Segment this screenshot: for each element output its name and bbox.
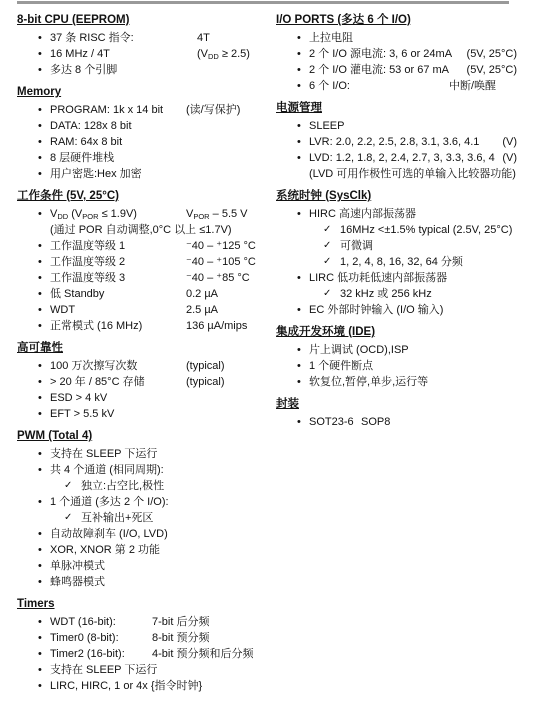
item-label: 独立:占空比,极性: [81, 480, 164, 492]
list-item: •PROGRAM: 1k x 14 bit(读/写保护): [17, 102, 269, 118]
item-label: 37 条 RISC 指令:: [50, 32, 134, 44]
bullet-icon: •: [297, 30, 301, 46]
bullet-icon: •: [38, 62, 42, 78]
item-label: Timer0 (8-bit):: [50, 632, 119, 644]
section-reliability: 高可靠性•100 万次擦写次数(typical)•> 20 年 / 85°C 存…: [17, 341, 269, 422]
item-value: (5V, 25°C): [467, 46, 517, 62]
bullet-icon: •: [38, 446, 42, 462]
list-item: •1 个通道 (多达 2 个 I/O):: [17, 494, 269, 510]
item-label: XOR, XNOR 第 2 功能: [50, 544, 160, 556]
list-item: •支持在 SLEEP 下运行: [17, 662, 269, 678]
list-item: ✓可微调: [276, 238, 521, 254]
right-column: I/O PORTS (多达 6 个 I/O)•上拉电阻•2 个 I/O 源电流:…: [276, 6, 521, 694]
bullet-icon: •: [297, 414, 301, 430]
left-column: 8-bit CPU (EEPROM)•37 条 RISC 指令:4T•16 MH…: [17, 6, 269, 694]
bullet-icon: •: [38, 526, 42, 542]
bullet-icon: •: [297, 118, 301, 134]
list-item: •8 层硬件堆栈: [17, 150, 269, 166]
bullet-icon: •: [297, 150, 301, 166]
item-value: 8-bit 预分频: [152, 630, 209, 646]
item-label: 正常模式 (16 MHz): [50, 320, 142, 332]
item-label: 2 个 I/O 源电流: 3, 6 or 24mA: [309, 48, 452, 60]
item-label: 1 个硬件断点: [309, 360, 373, 372]
list-item: •EC 外部时钟输入 (I/O 输入): [276, 302, 521, 318]
item-label: 6 个 I/O:: [309, 80, 350, 92]
list-item: •RAM: 64x 8 bit: [17, 134, 269, 150]
bullet-icon: •: [38, 30, 42, 46]
bullet-icon: •: [297, 270, 301, 286]
item-label: (通过 POR 自动调整,0°C 以上 ≤1.7V): [50, 224, 232, 236]
list-item: •2 个 I/O 源电流: 3, 6 or 24mA(5V, 25°C): [276, 46, 521, 62]
item-label: 片上调试 (OCD),ISP: [309, 344, 409, 356]
list-item: •VDD (VPOR ≤ 1.9V)VPOR – 5.5 V: [17, 206, 269, 222]
item-label: LVD: 1.2, 1.8, 2, 2.4, 2.7, 3, 3.3, 3.6,…: [309, 152, 495, 164]
list-item: •2 个 I/O 灌电流: 53 or 67 mA(5V, 25°C): [276, 62, 521, 78]
item-label: 低 Standby: [50, 288, 104, 300]
bullet-icon: •: [297, 62, 301, 78]
bullet-icon: •: [38, 614, 42, 630]
item-label: LIRC 低功耗低速内部振荡器: [309, 272, 447, 284]
list-item: •LIRC 低功耗低速内部振荡器: [276, 270, 521, 286]
list-item: •工作温度等级 1⁻40 – ⁺125 °C: [17, 238, 269, 254]
bullet-icon: •: [297, 302, 301, 318]
item-value: (typical): [186, 358, 225, 374]
bullet-icon: •: [38, 494, 42, 510]
item-value: ⁻40 – ⁺105 °C: [186, 254, 256, 270]
item-value: 4-bit 预分频和后分频: [152, 646, 253, 662]
section-heading-reliability: 高可靠性: [17, 341, 269, 355]
list-item: •DATA: 128x 8 bit: [17, 118, 269, 134]
bullet-icon: •: [38, 166, 42, 182]
list-item: •共 4 个通道 (相同周期):: [17, 462, 269, 478]
item-label: 16MHz <±1.5% typical (2.5V, 25°C): [340, 224, 512, 236]
section-operating: 工作条件 (5V, 25°C)•VDD (VPOR ≤ 1.9V)VPOR – …: [17, 189, 269, 334]
list-item: •LVD: 1.2, 1.8, 2, 2.4, 2.7, 3, 3.3, 3.6…: [276, 150, 521, 166]
bullet-icon: •: [38, 574, 42, 590]
list-item: •正常模式 (16 MHz)136 µA/mips: [17, 318, 269, 334]
item-value: (读/写保护): [186, 102, 240, 118]
list-item: •多达 8 个引脚: [17, 62, 269, 78]
item-value: 2.5 µA: [186, 302, 218, 318]
list-item: •单脉冲模式: [17, 558, 269, 574]
list-item: •片上调试 (OCD),ISP: [276, 342, 521, 358]
item-label: 多达 8 个引脚: [50, 64, 117, 76]
bullet-icon: •: [38, 406, 42, 422]
item-label: 蜂鸣器模式: [50, 576, 105, 588]
list-item: •16 MHz / 4T(VDD ≥ 2.5): [17, 46, 269, 62]
section-ide: 集成开发环境 (IDE)•片上调试 (OCD),ISP•1 个硬件断点•软复位,…: [276, 325, 521, 390]
item-label: (LVD 可用作极性可选的单输入比较器功能): [309, 168, 516, 180]
item-label: 单脉冲模式: [50, 560, 105, 572]
list-item: ✓独立:占空比,极性: [17, 478, 269, 494]
list-item: •蜂鸣器模式: [17, 574, 269, 590]
item-value: (5V, 25°C): [467, 62, 517, 78]
item-label: ESD > 4 kV: [50, 392, 107, 404]
item-label: 互补输出+死区: [81, 512, 153, 524]
list-item: ✓1, 2, 4, 8, 16, 32, 64 分频: [276, 254, 521, 270]
item-label: 上拉电阻: [309, 32, 353, 44]
bullet-icon: •: [297, 46, 301, 62]
section-cpu: 8-bit CPU (EEPROM)•37 条 RISC 指令:4T•16 MH…: [17, 13, 269, 78]
list-item: •Timer0 (8-bit):8-bit 预分频: [17, 630, 269, 646]
section-heading-timers: Timers: [17, 597, 269, 611]
list-item: •低 Standby0.2 µA: [17, 286, 269, 302]
section-heading-ioports: I/O PORTS (多达 6 个 I/O): [276, 13, 521, 27]
bullet-icon: •: [38, 462, 42, 478]
item-label: 支持在 SLEEP 下运行: [50, 664, 157, 676]
bullet-icon: •: [38, 302, 42, 318]
feature-columns: 8-bit CPU (EEPROM)•37 条 RISC 指令:4T•16 MH…: [17, 6, 521, 694]
list-item: •软复位,暂停,单步,运行等: [276, 374, 521, 390]
item-value-2: SOP8: [361, 414, 390, 430]
bullet-icon: •: [38, 558, 42, 574]
section-heading-memory: Memory: [17, 85, 269, 99]
bullet-icon: •: [38, 46, 42, 62]
item-label: HIRC 高速内部振荡器: [309, 208, 416, 220]
list-item: •HIRC 高速内部振荡器: [276, 206, 521, 222]
section-heading-ide: 集成开发环境 (IDE): [276, 325, 521, 339]
bullet-icon: •: [38, 646, 42, 662]
section-package: 封装•SOT23-6SOP8: [276, 397, 521, 430]
bullet-icon: •: [297, 78, 301, 94]
bullet-icon: •: [297, 358, 301, 374]
item-label: 用户密匙:Hex 加密: [50, 168, 142, 180]
list-item: •LVR: 2.0, 2.2, 2.5, 2.8, 3.1, 3.6, 4.1(…: [276, 134, 521, 150]
list-item: •SOT23-6SOP8: [276, 414, 521, 430]
list-item: •自动故障刹车 (I/O, LVD): [17, 526, 269, 542]
item-label: 1, 2, 4, 8, 16, 32, 64 分频: [340, 256, 463, 268]
item-label: LIRC, HIRC, 1 or 4x {指令时钟}: [50, 680, 202, 692]
bullet-icon: •: [38, 630, 42, 646]
bullet-icon: •: [38, 374, 42, 390]
item-label: 软复位,暂停,单步,运行等: [309, 376, 428, 388]
item-label: SLEEP: [309, 120, 344, 132]
bullet-icon: •: [38, 206, 42, 222]
list-item: ✓16MHz <±1.5% typical (2.5V, 25°C): [276, 222, 521, 238]
list-item: •工作温度等级 3⁻40 – ⁺85 °C: [17, 270, 269, 286]
item-value: 0.2 µA: [186, 286, 218, 302]
item-label: SOT23-6: [309, 416, 354, 428]
item-label: 8 层硬件堆栈: [50, 152, 114, 164]
item-value: (V): [502, 150, 517, 166]
item-label: LVR: 2.0, 2.2, 2.5, 2.8, 3.1, 3.6, 4.1: [309, 136, 479, 148]
list-item: •LIRC, HIRC, 1 or 4x {指令时钟}: [17, 678, 269, 694]
item-label: PROGRAM: 1k x 14 bit: [50, 104, 163, 116]
item-label: 工作温度等级 2: [50, 256, 125, 268]
item-label: VDD (VPOR ≤ 1.9V): [50, 208, 137, 220]
bullet-icon: •: [297, 206, 301, 222]
item-label: 支持在 SLEEP 下运行: [50, 448, 157, 460]
item-label: 共 4 个通道 (相同周期):: [50, 464, 164, 476]
section-pwm: PWM (Total 4)•支持在 SLEEP 下运行•共 4 个通道 (相同周…: [17, 429, 269, 590]
section-memory: Memory•PROGRAM: 1k x 14 bit(读/写保护)•DATA:…: [17, 85, 269, 182]
item-label: EC 外部时钟输入 (I/O 输入): [309, 304, 443, 316]
item-value: 136 µA/mips: [186, 318, 247, 334]
item-value-2: 中断/唤醒: [449, 78, 496, 94]
item-label: 32 kHz 或 256 kHz: [340, 288, 432, 300]
section-heading-operating: 工作条件 (5V, 25°C): [17, 189, 269, 203]
item-value: ⁻40 – ⁺85 °C: [186, 270, 250, 286]
list-item: (LVD 可用作极性可选的单输入比较器功能): [276, 166, 521, 182]
list-item: •WDT2.5 µA: [17, 302, 269, 318]
bullet-icon: •: [38, 662, 42, 678]
list-item: •EFT > 5.5 kV: [17, 406, 269, 422]
item-label: WDT (16-bit):: [50, 616, 116, 628]
item-label: RAM: 64x 8 bit: [50, 136, 122, 148]
list-item: •> 20 年 / 85°C 存储(typical): [17, 374, 269, 390]
top-rule: [17, 1, 509, 4]
section-heading-power: 电源管理: [276, 101, 521, 115]
section-power: 电源管理•SLEEP•LVR: 2.0, 2.2, 2.5, 2.8, 3.1,…: [276, 101, 521, 182]
item-value: VPOR – 5.5 V: [186, 206, 248, 222]
section-sysclk: 系统时钟 (SysClk)•HIRC 高速内部振荡器✓16MHz <±1.5% …: [276, 189, 521, 318]
bullet-icon: •: [38, 118, 42, 134]
item-value: (V): [502, 134, 517, 150]
check-icon: ✓: [323, 286, 331, 302]
list-item: •支持在 SLEEP 下运行: [17, 446, 269, 462]
bullet-icon: •: [297, 374, 301, 390]
section-ioports: I/O PORTS (多达 6 个 I/O)•上拉电阻•2 个 I/O 源电流:…: [276, 13, 521, 94]
check-icon: ✓: [64, 478, 72, 494]
list-item: •100 万次擦写次数(typical): [17, 358, 269, 374]
list-item: •XOR, XNOR 第 2 功能: [17, 542, 269, 558]
bullet-icon: •: [38, 150, 42, 166]
datasheet-page: 8-bit CPU (EEPROM)•37 条 RISC 指令:4T•16 MH…: [0, 0, 538, 713]
check-icon: ✓: [323, 222, 331, 238]
list-item: •37 条 RISC 指令:4T: [17, 30, 269, 46]
list-item: (通过 POR 自动调整,0°C 以上 ≤1.7V): [17, 222, 269, 238]
list-item: •ESD > 4 kV: [17, 390, 269, 406]
item-label: WDT: [50, 304, 75, 316]
section-heading-cpu: 8-bit CPU (EEPROM): [17, 13, 269, 27]
item-label: 工作温度等级 3: [50, 272, 125, 284]
list-item: ✓互补输出+死区: [17, 510, 269, 526]
item-label: 16 MHz / 4T: [50, 48, 110, 60]
item-value: 4T: [197, 30, 210, 46]
item-label: 2 个 I/O 灌电流: 53 or 67 mA: [309, 64, 449, 76]
list-item: ✓32 kHz 或 256 kHz: [276, 286, 521, 302]
section-heading-pwm: PWM (Total 4): [17, 429, 269, 443]
item-label: > 20 年 / 85°C 存储: [50, 376, 145, 388]
bullet-icon: •: [38, 238, 42, 254]
list-item: •6 个 I/O:中断/唤醒: [276, 78, 521, 94]
item-value: (VDD ≥ 2.5): [197, 46, 250, 62]
list-item: •上拉电阻: [276, 30, 521, 46]
item-label: 自动故障刹车 (I/O, LVD): [50, 528, 168, 540]
bullet-icon: •: [38, 358, 42, 374]
bullet-icon: •: [38, 270, 42, 286]
check-icon: ✓: [323, 254, 331, 270]
bullet-icon: •: [38, 390, 42, 406]
bullet-icon: •: [38, 678, 42, 694]
list-item: •用户密匙:Hex 加密: [17, 166, 269, 182]
list-item: •WDT (16-bit):7-bit 后分频: [17, 614, 269, 630]
bullet-icon: •: [38, 542, 42, 558]
bullet-icon: •: [297, 342, 301, 358]
bullet-icon: •: [38, 254, 42, 270]
item-label: Timer2 (16-bit):: [50, 648, 125, 660]
section-heading-sysclk: 系统时钟 (SysClk): [276, 189, 521, 203]
item-value: 7-bit 后分频: [152, 614, 209, 630]
item-label: 100 万次擦写次数: [50, 360, 137, 372]
bullet-icon: •: [38, 134, 42, 150]
item-label: 可微调: [340, 240, 373, 252]
item-value: (typical): [186, 374, 225, 390]
check-icon: ✓: [64, 510, 72, 526]
bullet-icon: •: [38, 286, 42, 302]
list-item: •Timer2 (16-bit):4-bit 预分频和后分频: [17, 646, 269, 662]
item-value: ⁻40 – ⁺125 °C: [186, 238, 256, 254]
list-item: •1 个硬件断点: [276, 358, 521, 374]
item-label: 1 个通道 (多达 2 个 I/O):: [50, 496, 169, 508]
bullet-icon: •: [38, 318, 42, 334]
item-label: EFT > 5.5 kV: [50, 408, 114, 420]
section-timers: Timers•WDT (16-bit):7-bit 后分频•Timer0 (8-…: [17, 597, 269, 694]
check-icon: ✓: [323, 238, 331, 254]
list-item: •工作温度等级 2⁻40 – ⁺105 °C: [17, 254, 269, 270]
item-label: DATA: 128x 8 bit: [50, 120, 132, 132]
item-label: 工作温度等级 1: [50, 240, 125, 252]
list-item: •SLEEP: [276, 118, 521, 134]
section-heading-package: 封装: [276, 397, 521, 411]
bullet-icon: •: [38, 102, 42, 118]
bullet-icon: •: [297, 134, 301, 150]
